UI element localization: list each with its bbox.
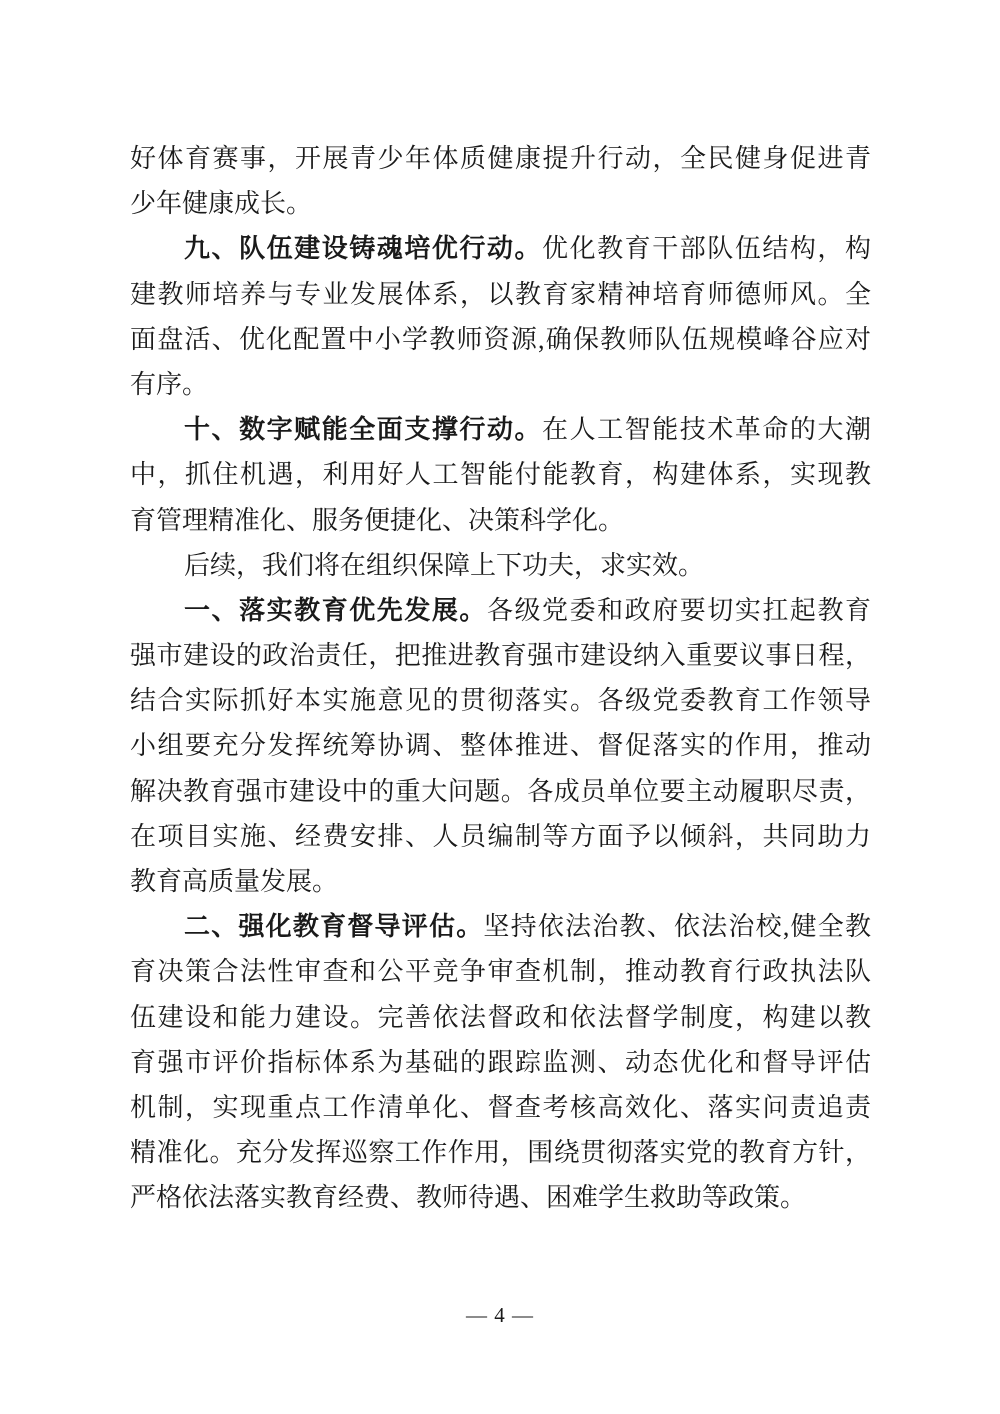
text-line: 九、队伍建设铸魂培优行动。优化教育干部队伍结构，构 (130, 226, 871, 271)
text-line: 机制，实现重点工作清单化、督查考核高效化、落实问责追责 (130, 1085, 871, 1130)
text-line: 强市建设的政治责任，把推进教育强市建设纳入重要议事日程， (130, 633, 871, 678)
body-text-run: 坚持依法治教、依法治校,健全教 (483, 912, 871, 941)
document-body: 好体育赛事，开展青少年体质健康提升行动，全民健身促进青少年健康成长。九、队伍建设… (130, 136, 871, 1221)
body-text-run: 育强市评价指标体系为基础的跟踪监测、动态优化和督导评估 (130, 1048, 871, 1077)
text-line: 中，抓住机遇，利用好人工智能付能教育，构建体系，实现教 (130, 452, 871, 497)
section-heading-run: 二、强化教育督导评估。 (184, 912, 483, 941)
text-line: 结合实际抓好本实施意见的贯彻落实。各级党委教育工作领导 (130, 678, 871, 723)
body-text-run: 结合实际抓好本实施意见的贯彻落实。各级党委教育工作领导 (130, 686, 871, 715)
text-line: 育管理精准化、服务便捷化、决策科学化。 (130, 498, 871, 543)
text-line: 一、落实教育优先发展。各级党委和政府要切实扛起教育 (130, 588, 871, 633)
document-page: 好体育赛事，开展青少年体质健康提升行动，全民健身促进青少年健康成长。九、队伍建设… (0, 0, 1000, 1414)
text-line: 精准化。充分发挥巡察工作作用，围绕贯彻落实党的教育方针， (130, 1130, 871, 1175)
body-text-run: 伍建设和能力建设。完善依法督政和依法督学制度，构建以教 (130, 1003, 871, 1032)
text-line: 伍建设和能力建设。完善依法督政和依法督学制度，构建以教 (130, 995, 871, 1040)
section-heading-run: 十、数字赋能全面支撑行动。 (184, 415, 542, 444)
body-text-run: 建教师培养与专业发展体系，以教育家精神培育师德师风。全 (130, 280, 871, 309)
text-line: 教育高质量发展。 (130, 859, 871, 904)
body-text-run: 后续，我们将在组织保障上下功夫，求实效。 (184, 551, 704, 580)
body-text-run: 好体育赛事，开展青少年体质健康提升行动，全民健身促进青 (130, 144, 871, 173)
body-text-run: 少年健康成长。 (130, 189, 312, 218)
text-line: 好体育赛事，开展青少年体质健康提升行动，全民健身促进青 (130, 136, 871, 181)
text-line: 育强市评价指标体系为基础的跟踪监测、动态优化和督导评估 (130, 1040, 871, 1085)
text-line: 少年健康成长。 (130, 181, 871, 226)
text-line: 解决教育强市建设中的重大问题。各成员单位要主动履职尽责， (130, 769, 871, 814)
text-line: 有序。 (130, 362, 871, 407)
body-text-run: 在人工智能技术革命的大潮 (542, 415, 871, 444)
text-line: 建教师培养与专业发展体系，以教育家精神培育师德师风。全 (130, 272, 871, 317)
section-heading-run: 九、队伍建设铸魂培优行动。 (184, 234, 542, 263)
body-text-run: 中，抓住机遇，利用好人工智能付能教育，构建体系，实现教 (130, 460, 871, 489)
body-text-run: 有序。 (130, 370, 208, 399)
text-line: 育决策合法性审查和公平竞争审查机制，推动教育行政执法队 (130, 949, 871, 994)
body-text-run: 面盘活、优化配置中小学教师资源,确保教师队伍规模峰谷应对 (130, 325, 871, 354)
body-text-run: 强市建设的政治责任，把推进教育强市建设纳入重要议事日程， (130, 641, 871, 670)
body-text-run: 在项目实施、经费安排、人员编制等方面予以倾斜，共同助力 (130, 822, 871, 851)
body-text-run: 育决策合法性审查和公平竞争审查机制，推动教育行政执法队 (130, 957, 871, 986)
text-line: 后续，我们将在组织保障上下功夫，求实效。 (130, 543, 871, 588)
text-line: 在项目实施、经费安排、人员编制等方面予以倾斜，共同助力 (130, 814, 871, 859)
body-text-run: 小组要充分发挥统筹协调、整体推进、督促落实的作用，推动 (130, 731, 871, 760)
text-line: 二、强化教育督导评估。坚持依法治教、依法治校,健全教 (130, 904, 871, 949)
text-line: 严格依法落实教育经费、教师待遇、困难学生救助等政策。 (130, 1175, 871, 1220)
text-line: 小组要充分发挥统筹协调、整体推进、督促落实的作用，推动 (130, 723, 871, 768)
text-line: 面盘活、优化配置中小学教师资源,确保教师队伍规模峰谷应对 (130, 317, 871, 362)
text-line: 十、数字赋能全面支撑行动。在人工智能技术革命的大潮 (130, 407, 871, 452)
body-text-run: 育管理精准化、服务便捷化、决策科学化。 (130, 506, 624, 535)
body-text-run: 教育高质量发展。 (130, 867, 338, 896)
body-text-run: 精准化。充分发挥巡察工作作用，围绕贯彻落实党的教育方针， (130, 1138, 871, 1167)
page-number: — 4 — (0, 1301, 1000, 1329)
body-text-run: 优化教育干部队伍结构，构 (542, 234, 871, 263)
body-text-run: 机制，实现重点工作清单化、督查考核高效化、落实问责追责 (130, 1093, 871, 1122)
body-text-run: 严格依法落实教育经费、教师待遇、困难学生救助等政策。 (130, 1183, 806, 1212)
body-text-run: 各级党委和政府要切实扛起教育 (487, 596, 871, 625)
body-text-run: 解决教育强市建设中的重大问题。各成员单位要主动履职尽责， (130, 777, 871, 806)
section-heading-run: 一、落实教育优先发展。 (184, 596, 487, 625)
